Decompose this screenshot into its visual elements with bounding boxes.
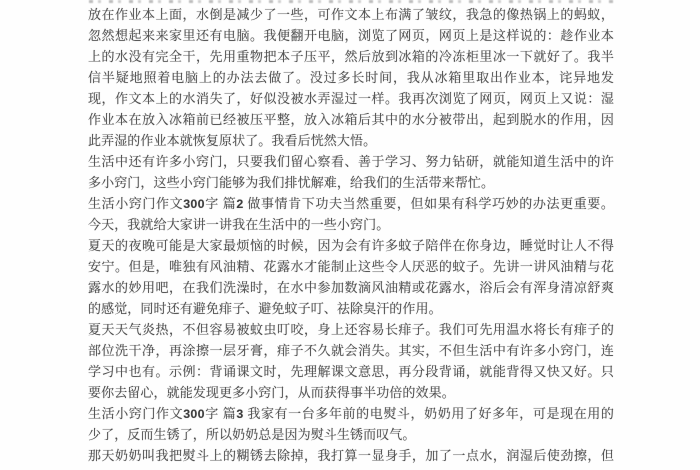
- text-line: 生活中还有许多小窍门，只要我们留心察看、善于学习、努力钻研，就能知道生活中的许: [88, 151, 614, 172]
- text-line: 夏天的夜晚可能是大家最烦恼的时候，因为会有许多蚊子陪伴在你身边，睡觉时让人不得: [88, 235, 614, 256]
- number-text: 3: [236, 407, 243, 421]
- text-line: 的感觉，同时还有避免痱子、避免蚊子叮、祛除臭汗的作用。: [88, 298, 614, 319]
- number-text: 300: [183, 197, 205, 211]
- text-line: 学习中也有。示例：背诵课文时，先理解课文意思，再分段背诵，就能背得又快又好。只: [88, 361, 614, 382]
- text-line: 信半疑地照着电脑上的办法去做了。没过多长时间，我从冰箱里取出作业本，诧异地发: [88, 67, 614, 88]
- text-line: 放在作业本上面，水倒是减少了一些，可作文本上布满了皱纹，我急的像热锅上的蚂蚁，: [88, 4, 614, 25]
- text-line: 现，作文本上的水消失了，好似没被水弄湿过一样。我再次浏览了网页，网页上又说：湿: [88, 88, 614, 109]
- clipped-text-line-top: [89, 0, 613, 3]
- text-line: 安宁。但是，唯独有风油精、花露水才能制止这些令人厌恶的蚊子。先讲一讲风油精与花: [88, 256, 614, 277]
- text-line: 此弄湿的作业本就恢复原状了。我看后恍然大悟。: [88, 130, 614, 151]
- text-line: 少了，反而生锈了，所以奶奶总是因为熨斗生锈而叹气。: [88, 424, 614, 445]
- text-line: 作业本在放入冰箱前已经被压平整，放入冰箱后其中的水分被带出，起到脱水的作用，因: [88, 109, 614, 130]
- number-text: 300: [183, 407, 205, 421]
- text-line: 夏天天气炎热，不但容易被蚊虫叮咬，身上还容易长痱子。我们可先用温水将长有痱子的: [88, 319, 614, 340]
- text-line: 今天，我就给大家讲一讲我在生活中的一些小窍门。: [88, 214, 614, 235]
- number-text: 2: [236, 197, 243, 211]
- essay-text: 放在作业本上面，水倒是减少了一些，可作文本上布满了皱纹，我急的像热锅上的蚂蚁，忽…: [88, 4, 614, 466]
- text-line: 忽然想起来来家里还有电脑。我便翻开电脑，浏览了网页，网页上是这样说的：趁作业本: [88, 25, 614, 46]
- text-line: 要你去留心，就能发现更多小窍门，从而获得事半功倍的效果。: [88, 382, 614, 403]
- text-line: 生活小窍门作文300字 篇2 做事情肯下功夫当然重要，但如果有科学巧妙的办法更重…: [88, 193, 614, 214]
- text-line: 生活小窍门作文300字 篇3 我家有一台多年前的电熨斗，奶奶用了好多年，可是现在…: [88, 403, 614, 424]
- text-line: 部位洗干净，再涂擦一层牙膏，痱子不久就会消失。其实，不但生活中有许多小窍门，连: [88, 340, 614, 361]
- text-line: 露水的妙用吧，在我们洗澡时，在水中参加数滴风油精或花露水，浴后会有浑身清凉舒爽: [88, 277, 614, 298]
- text-line: 上的水没有完全干，先用重物把本子压平，然后放到冰箱的冷冻柜里冰一下就好了。我半: [88, 46, 614, 67]
- text-line: 那天奶奶叫我把熨斗上的糊锈去除掉，我打算一显身手，加了一点水，润湿后使劲擦，但: [88, 445, 614, 466]
- text-line: 多小窍门，这些小窍门能够为我们排忧解难，给我们的生活带来帮忙。: [88, 172, 614, 193]
- document-page: 放在作业本上面，水倒是减少了一些，可作文本上布满了皱纹，我急的像热锅上的蚂蚁，忽…: [0, 0, 700, 470]
